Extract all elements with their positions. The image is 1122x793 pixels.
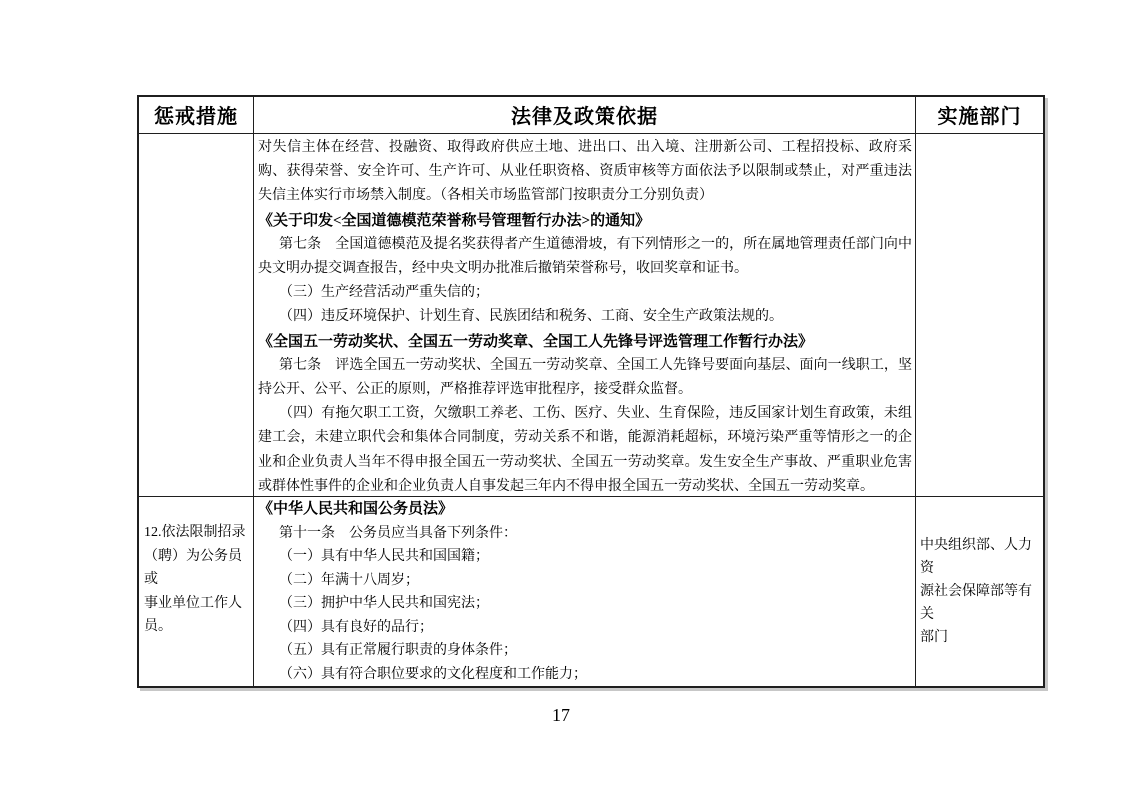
paragraph: （五）具有正常履行职责的身体条件； xyxy=(258,639,912,663)
header-measure-label: 惩戒措施 xyxy=(154,100,238,129)
header-cell-department: 实施部门 xyxy=(916,97,1043,134)
header-cell-measure: 惩戒措施 xyxy=(139,97,254,134)
disciplinary-measures-table: 惩戒措施 法律及政策依据 实施部门 对失信主体在经营、投融资、取得政府供应土地、… xyxy=(137,95,1045,688)
row1-measure-cell xyxy=(139,134,254,497)
paragraph: （四）有拖欠职工工资，欠缴职工养老、工伤、医疗、失业、生育保险，违反国家计划生育… xyxy=(258,402,912,497)
paragraph: （四）违反环境保护、计划生育、民族团结和税务、工商、安全生产政策法规的。 xyxy=(258,305,912,329)
header-basis-label: 法律及政策依据 xyxy=(511,100,658,129)
law-title: 《中华人民共和国公务员法》 xyxy=(258,498,912,522)
document-page: 惩戒措施 法律及政策依据 实施部门 对失信主体在经营、投融资、取得政府供应土地、… xyxy=(0,0,1122,793)
paragraph: （三）拥护中华人民共和国宪法； xyxy=(258,592,912,616)
paragraph: 第七条 全国道德模范及提名奖获得者产生道德滑坡，有下列情形之一的，所在属地管理责… xyxy=(258,233,912,281)
row2-measure-cell: 12.依法限制招录 （聘）为公务员或 事业单位工作人 员。 xyxy=(139,497,254,686)
row1-department-cell xyxy=(916,134,1043,497)
paragraph: （六）具有符合职位要求的文化程度和工作能力； xyxy=(258,663,912,687)
law-title: 《全国五一劳动奖状、全国五一劳动奖章、全国工人先锋号评选管理工作暂行办法》 xyxy=(258,330,912,354)
paragraph: 第十一条 公务员应当具备下列条件： xyxy=(258,522,912,546)
row2-department-cell: 中央组织部、人力资 源社会保障部等有关 部门 xyxy=(916,497,1043,686)
paragraph: （三）生产经营活动严重失信的； xyxy=(258,281,912,305)
paragraph: 第七条 评选全国五一劳动奖状、全国五一劳动奖章、全国工人先锋号要面向基层、面向一… xyxy=(258,354,912,402)
header-department-label: 实施部门 xyxy=(938,100,1022,129)
header-cell-basis: 法律及政策依据 xyxy=(254,97,916,134)
paragraph: （四）具有良好的品行； xyxy=(258,616,912,640)
row1-basis-cell: 对失信主体在经营、投融资、取得政府供应土地、进出口、出入境、注册新公司、工程招投… xyxy=(254,134,916,497)
paragraph: 对失信主体在经营、投融资、取得政府供应土地、进出口、出入境、注册新公司、工程招投… xyxy=(258,136,912,209)
row2-basis-cell: 《中华人民共和国公务员法》 第十一条 公务员应当具备下列条件： （一）具有中华人… xyxy=(254,497,916,686)
paragraph: （二）年满十八周岁； xyxy=(258,569,912,593)
page-number: 17 xyxy=(0,705,1122,726)
law-title: 《关于印发<全国道德模范荣誉称号管理暂行办法>的通知》 xyxy=(258,209,912,233)
paragraph: （一）具有中华人民共和国国籍； xyxy=(258,545,912,569)
